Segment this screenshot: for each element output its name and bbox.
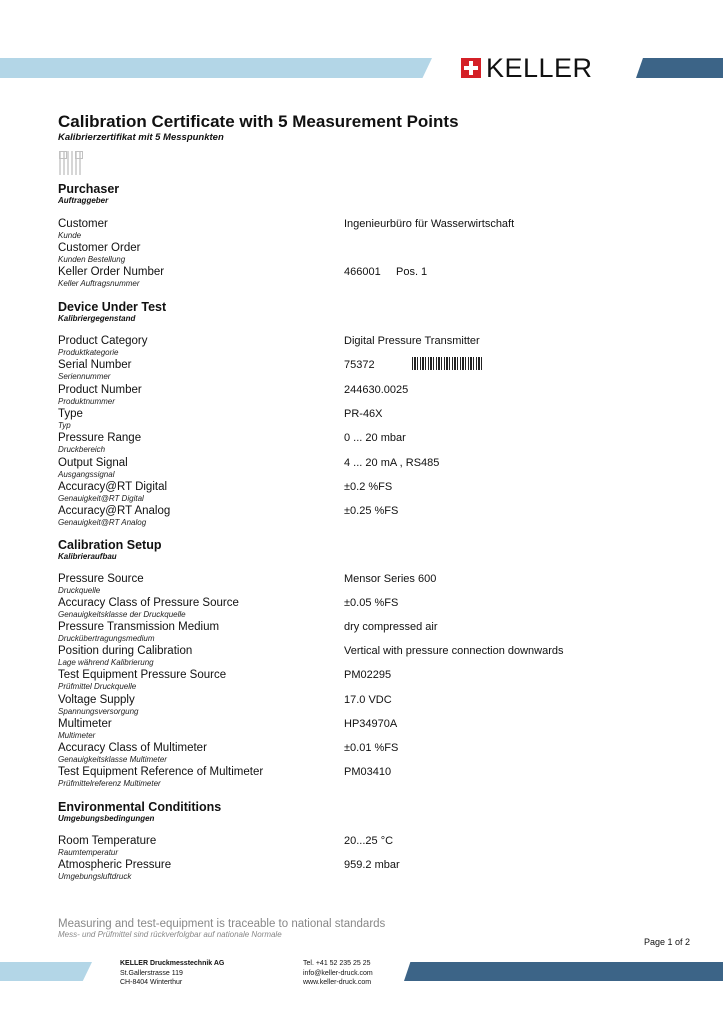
field-label-de: Druckbereich xyxy=(58,445,678,454)
company-street: St.Gallerstrasse 119 xyxy=(120,969,224,979)
field-label-de: Druckübertragungsmedium xyxy=(58,634,678,643)
field-value: 466001 Pos. 1 xyxy=(344,266,427,279)
field-row: Accuracy@RT AnalogGenauigkeit@RT Analog±… xyxy=(58,505,678,527)
field-value: dry compressed air xyxy=(344,621,438,634)
field-label-de: Genauigkeit@RT Digital xyxy=(58,494,678,503)
field-label-de: Prüfmittel Druckquelle xyxy=(58,682,678,691)
section-title: Purchaser xyxy=(58,182,119,196)
field-label-de: Genauigkeit@RT Analog xyxy=(58,518,678,527)
field-row: Accuracy@RT DigitalGenauigkeit@RT Digita… xyxy=(58,481,678,503)
company-address: KELLER Druckmesstechnik AG St.Gallerstra… xyxy=(120,959,224,988)
field-value: PR-46X xyxy=(344,408,383,421)
field-label-de: Keller Auftragsnummer xyxy=(58,279,678,288)
field-label-de: Prüfmittelreferenz Multimeter xyxy=(58,779,678,788)
traceability-en: Measuring and test-equipment is traceabl… xyxy=(58,918,385,930)
field-value: 75372 xyxy=(344,359,375,372)
field-value: Mensor Series 600 xyxy=(344,573,436,586)
field-value: 244630.0025 xyxy=(344,384,408,397)
field-row: Room TemperatureRaumtemperatur20...25 °C xyxy=(58,835,678,857)
field-label: Customer Order xyxy=(58,242,678,255)
company-website-link[interactable]: www.keller-druck.com xyxy=(303,978,373,988)
section-environmental-conditions: Environmental Condititions Umgebungsbedi… xyxy=(58,800,221,824)
field-row: Atmospheric PressureUmgebungsluftdruck95… xyxy=(58,859,678,881)
section-title: Environmental Condititions xyxy=(58,800,221,814)
footer-band-light xyxy=(0,962,92,981)
field-row: Test Equipment Reference of MultimeterPr… xyxy=(58,766,678,788)
field-value: 4 ... 20 mA , RS485 xyxy=(344,457,439,470)
field-label-de: Druckquelle xyxy=(58,586,678,595)
company-city: CH-8404 Winterthur xyxy=(120,978,224,988)
field-row: Pressure RangeDruckbereich0 ... 20 mbar xyxy=(58,432,678,454)
field-value: PM03410 xyxy=(344,766,391,779)
swiss-flag-icon xyxy=(461,58,481,78)
field-row: Customer OrderKunden Bestellung xyxy=(58,242,678,264)
field-value: 17.0 VDC xyxy=(344,694,392,707)
field-value: HP34970A xyxy=(344,718,397,731)
field-label-de: Produktkategorie xyxy=(58,348,678,357)
field-row: Test Equipment Pressure SourcePrüfmittel… xyxy=(58,669,678,691)
field-row: Keller Order NumberKeller Auftragsnummer… xyxy=(58,266,678,288)
section-calibration-setup: Calibration Setup Kalibrieraufbau xyxy=(58,538,161,562)
company-email-link[interactable]: info@keller-druck.com xyxy=(303,969,373,979)
field-value: 20...25 °C xyxy=(344,835,393,848)
field-label-de: Ausgangssignal xyxy=(58,470,678,479)
field-row: Voltage SupplySpannungsversorgung17.0 VD… xyxy=(58,694,678,716)
keller-logo: KELLER xyxy=(461,56,593,80)
field-row: Accuracy Class of MultimeterGenauigkeits… xyxy=(58,742,678,764)
footer-band-dark xyxy=(404,962,723,981)
field-value: ±0.05 %FS xyxy=(344,597,398,610)
field-row: CustomerKundeIngenieurbüro für Wasserwir… xyxy=(58,218,678,240)
field-label-de: Multimeter xyxy=(58,731,678,740)
field-value: Vertical with pressure connection downwa… xyxy=(344,645,564,658)
field-label-de: Seriennummer xyxy=(58,372,678,381)
field-row: Pressure SourceDruckquelleMensor Series … xyxy=(58,573,678,595)
field-row: MultimeterMultimeterHP34970A xyxy=(58,718,678,740)
field-label-de: Produktnummer xyxy=(58,397,678,406)
field-value: 959.2 mbar xyxy=(344,859,400,872)
section-title: Device Under Test xyxy=(58,300,166,314)
traceability-note: Measuring and test-equipment is traceabl… xyxy=(58,918,385,940)
field-row: Position during CalibrationLage während … xyxy=(58,645,678,667)
header-band-dark xyxy=(636,58,723,78)
field-label-de: Raumtemperatur xyxy=(58,848,678,857)
field-label-de: Umgebungsluftdruck xyxy=(58,872,678,881)
field-row: Product NumberProduktnummer244630.0025 xyxy=(58,384,678,406)
header-band-light xyxy=(0,58,432,78)
field-value: PM02295 xyxy=(344,669,391,682)
section-title: Calibration Setup xyxy=(58,538,161,552)
page-number: Page 1 of 2 xyxy=(644,937,690,947)
field-row: Accuracy Class of Pressure SourceGenauig… xyxy=(58,597,678,619)
traceability-de: Mess- und Prüfmittel sind rückverfolgbar… xyxy=(58,930,385,940)
section-device-under-test: Device Under Test Kalibriergegenstand xyxy=(58,300,166,324)
page-title: Calibration Certificate with 5 Measureme… xyxy=(58,112,459,132)
page-subtitle: Kalibrierzertifikat mit 5 Messpunkten xyxy=(58,132,224,143)
company-name: KELLER Druckmesstechnik AG xyxy=(120,959,224,969)
section-subtitle: Umgebungsbedingungen xyxy=(58,814,221,824)
field-label-de: Typ xyxy=(58,421,678,430)
section-subtitle: Kalibriergegenstand xyxy=(58,314,166,324)
field-label-de: Kunden Bestellung xyxy=(58,255,678,264)
section-subtitle: Auftraggeber xyxy=(58,196,119,206)
section-subtitle: Kalibrieraufbau xyxy=(58,552,161,562)
field-label-de: Kunde xyxy=(58,231,678,240)
field-value: Ingenieurbüro für Wasserwirtschaft xyxy=(344,218,514,231)
field-value: ±0.25 %FS xyxy=(344,505,398,518)
field-label-de: Genauigkeitsklasse der Druckquelle xyxy=(58,610,678,619)
field-label-de: Lage während Kalibrierung xyxy=(58,658,678,667)
field-value: Digital Pressure Transmitter xyxy=(344,335,480,348)
field-value: ±0.01 %FS xyxy=(344,742,398,755)
field-value: 0 ... 20 mbar xyxy=(344,432,406,445)
field-row: Pressure Transmission MediumDruckübertra… xyxy=(58,621,678,643)
field-label-de: Genauigkeitsklasse Multimeter xyxy=(58,755,678,764)
qr-code-icon xyxy=(59,151,83,175)
section-purchaser: Purchaser Auftraggeber xyxy=(58,182,119,206)
field-row: Serial NumberSeriennummer75372 xyxy=(58,359,678,381)
company-contact: Tel. +41 52 235 25 25 info@keller-druck.… xyxy=(303,959,373,988)
field-row: Output SignalAusgangssignal4 ... 20 mA ,… xyxy=(58,457,678,479)
field-row: Product CategoryProduktkategorieDigital … xyxy=(58,335,678,357)
field-label-de: Spannungsversorgung xyxy=(58,707,678,716)
brand-name: KELLER xyxy=(486,56,593,80)
company-phone: Tel. +41 52 235 25 25 xyxy=(303,959,373,969)
field-row: TypeTypPR-46X xyxy=(58,408,678,430)
field-value: ±0.2 %FS xyxy=(344,481,392,494)
